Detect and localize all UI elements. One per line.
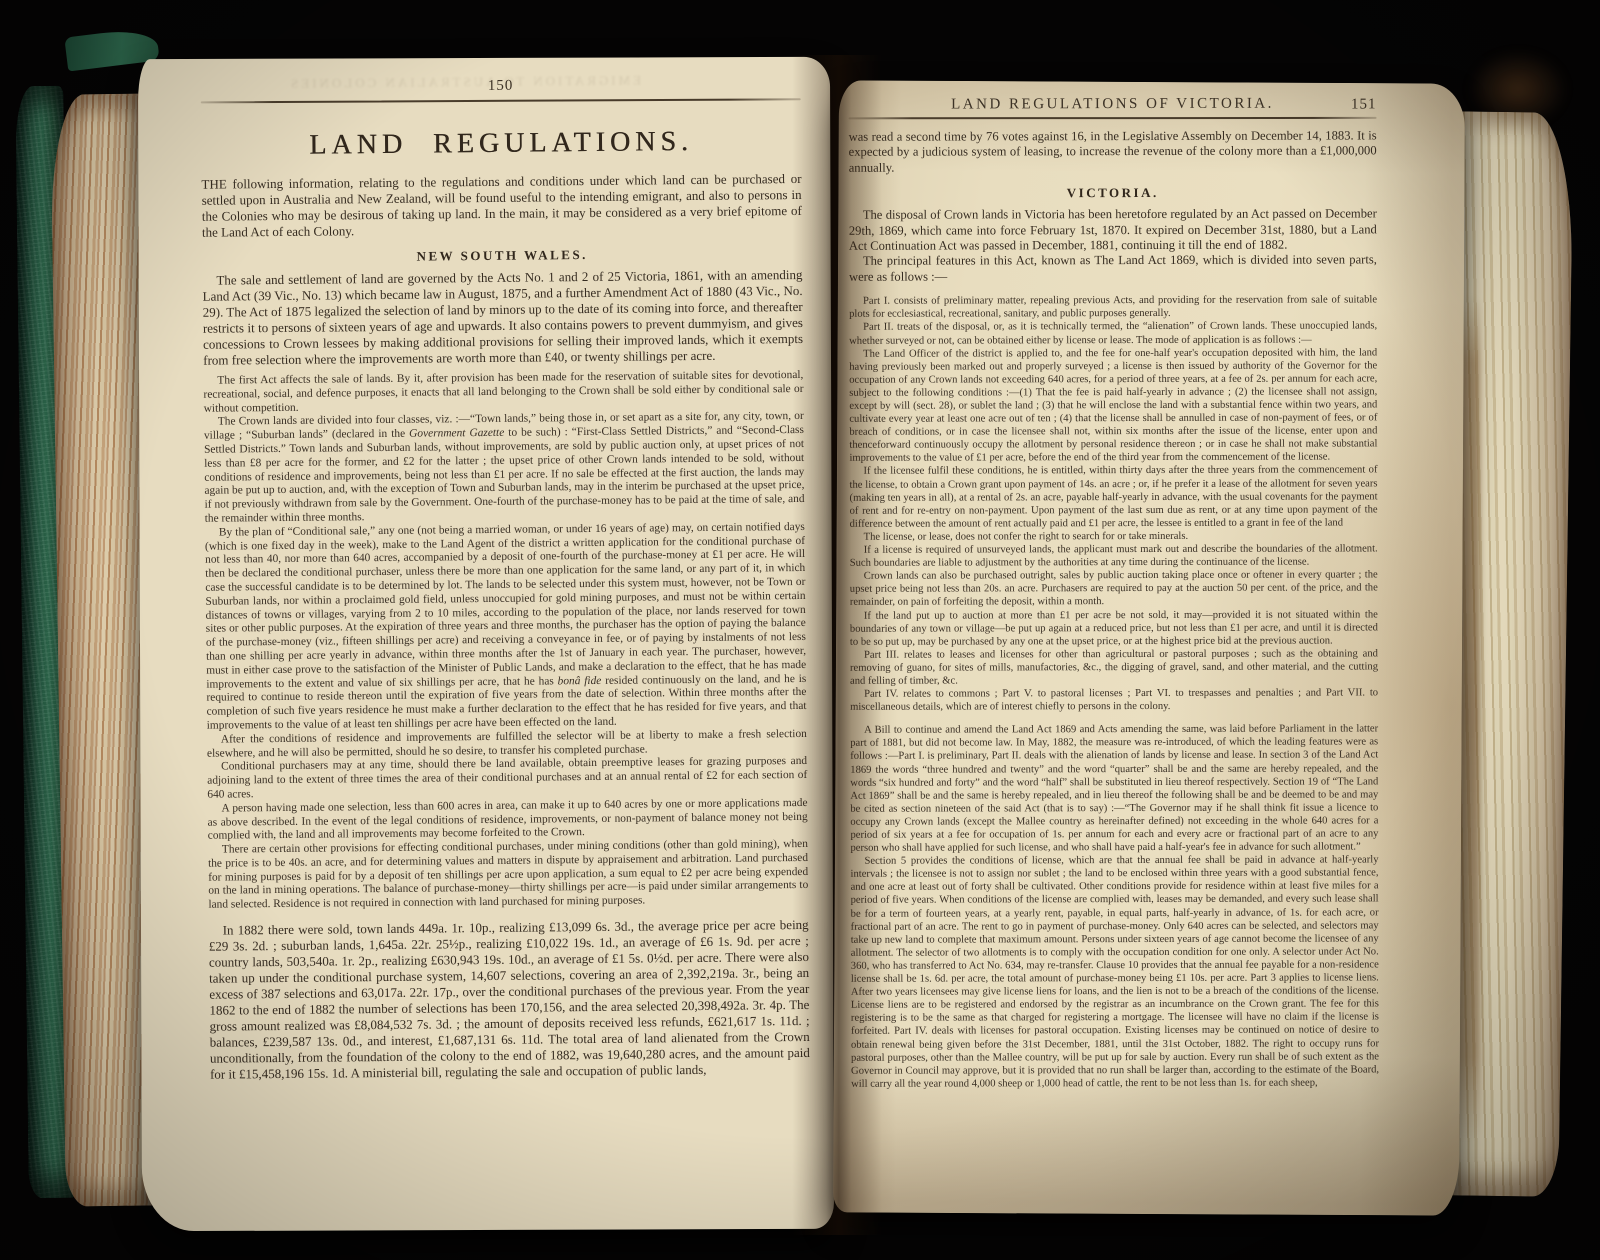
paragraph: The Land Officer of the district is appl…	[849, 346, 1377, 465]
paragraph: If the licensee fulfil these conditions,…	[849, 464, 1377, 531]
right-page-number: 151	[1351, 96, 1377, 113]
paragraph: A Bill to continue and amend the Land Ac…	[850, 723, 1378, 855]
paragraph: The Crown lands are divided into four cl…	[204, 410, 805, 526]
paragraph: The disposal of Crown lands in Victoria …	[849, 207, 1377, 255]
paragraph: By the plan of “Conditional sale,” any o…	[205, 521, 807, 734]
paragraph: There are certain other provisions for e…	[208, 838, 809, 913]
book-photo: EMIGRATION TO AUSTRALIAN COLONIES 150 LA…	[0, 0, 1600, 1260]
section-heading-victoria: VICTORIA.	[849, 185, 1377, 202]
right-page: LAND REGULATIONS OF VICTORIA. 151 was re…	[833, 80, 1465, 1215]
corner-stain	[1468, 50, 1568, 128]
paragraph: If a license is required of unsurveyed l…	[850, 542, 1378, 570]
paragraph: Part II. treats of the disposal, or, as …	[849, 320, 1377, 348]
paragraph: A person having made one selection, less…	[207, 797, 807, 844]
left-header-rule	[201, 98, 801, 103]
paragraph: Conditional purchasers may at any time, …	[207, 755, 807, 802]
right-header-rule	[849, 117, 1377, 119]
right-page-paragraphs: The disposal of Crown lands in Victoria …	[849, 207, 1379, 1091]
paragraph: Part I. consists of preliminary matter, …	[849, 294, 1377, 322]
paragraph: The principal features in this Act, know…	[849, 253, 1377, 285]
continuation-paragraph: was read a second time by 76 votes again…	[849, 128, 1377, 176]
paragraph: The sale and settlement of land are gove…	[202, 267, 803, 369]
paragraph: If the land put up to auction at more th…	[850, 608, 1378, 649]
paragraph: The first Act affects the sale of lands.…	[203, 369, 803, 416]
section-heading-nsw: NEW SOUTH WALES.	[202, 245, 802, 267]
left-page: EMIGRATION TO AUSTRALIAN COLONIES 150 LA…	[138, 57, 834, 1231]
chapter-title: LAND REGULATIONS.	[201, 125, 801, 163]
running-header: LAND REGULATIONS OF VICTORIA. 151	[849, 95, 1377, 113]
intro-paragraph: THE following information, relating to t…	[201, 171, 802, 241]
paragraph: Part IV. relates to commons ; Part V. to…	[850, 686, 1378, 714]
paragraph: Crown lands can also be purchased outrig…	[850, 569, 1378, 610]
paragraph: In 1882 there were sold, town lands 449a…	[209, 917, 811, 1083]
left-page-paragraphs: The sale and settlement of land are gove…	[202, 267, 810, 1083]
paragraph: Section 5 provides the conditions of lic…	[850, 854, 1379, 1091]
running-header-text: LAND REGULATIONS OF VICTORIA.	[951, 96, 1274, 113]
paragraph: Part III. relates to leases and licenses…	[850, 647, 1378, 688]
